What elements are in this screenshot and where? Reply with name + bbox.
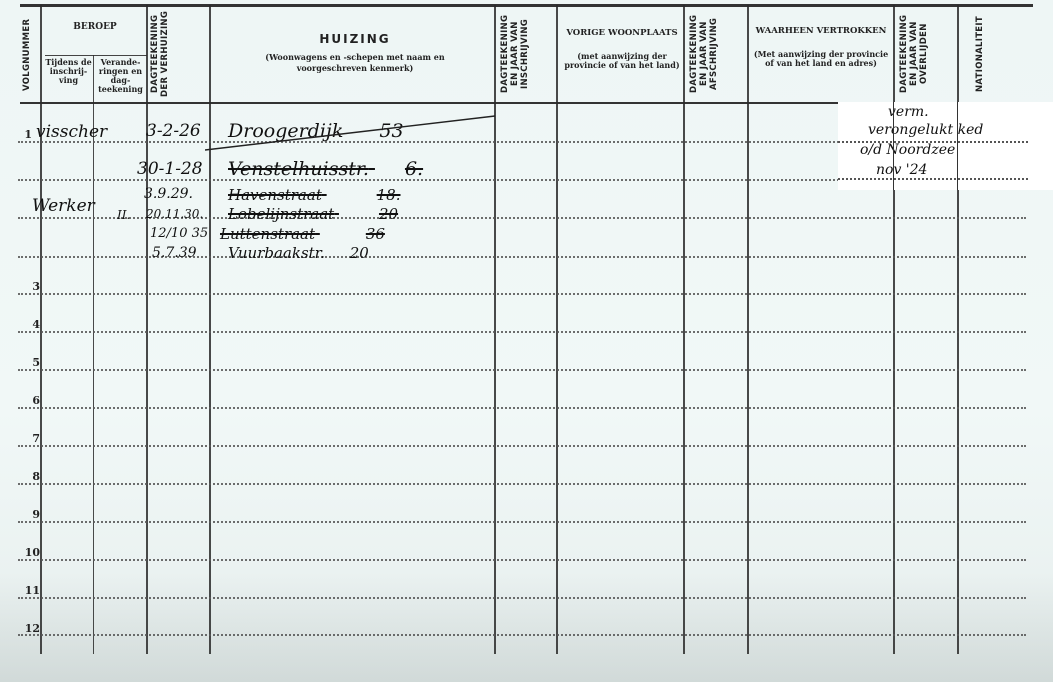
address-entry-struck: Lobelijnstraat 20	[228, 205, 398, 223]
row-number: 7	[22, 432, 40, 445]
note-line: o/d Noordzee	[860, 142, 955, 158]
address-number: 20	[379, 205, 398, 223]
row-line	[18, 445, 1026, 447]
header-huizing-subtitle: (Woonwagens en -schepen met naam en voor…	[240, 52, 470, 74]
address-number: 20	[350, 244, 369, 262]
paper-shading	[0, 572, 1053, 682]
row-line	[18, 521, 1026, 523]
beroep-entry-2: Werker	[32, 196, 95, 216]
row-number: 12	[22, 622, 40, 635]
row-number: 11	[22, 584, 40, 597]
row-line	[18, 559, 1026, 561]
header-waarheen-subtitle: (Met aanwijzing der provincie of van het…	[752, 50, 890, 68]
address-entry-struck: Havenstraat 18.	[228, 186, 401, 204]
correction-stroke	[205, 112, 505, 162]
row-line	[838, 141, 1028, 143]
beroep-entry-1: visscher	[36, 122, 107, 142]
header-dagteekening-verhuizing: DAGTEEKENING DER VERHUIZING	[150, 8, 206, 100]
column-line	[146, 5, 148, 654]
header-waarheen: WAARHEEN VERTROKKEN	[752, 26, 890, 36]
column-line	[556, 5, 558, 654]
note-line: verm.	[888, 104, 929, 120]
beroep-entry-2-marker: II.	[117, 208, 130, 222]
beroep-divider	[45, 55, 147, 56]
address-number: 36	[366, 225, 385, 243]
header-inschrijving: DAGTEEKENING EN JAAR VAN INSCHRIJVING	[500, 8, 552, 100]
header-overlijden: DAGTEEKENING EN JAAR VAN OVERLIJDEN	[899, 8, 951, 100]
header-beroep-tijdens: Tijdens de inschrij-ving	[44, 58, 93, 85]
date-entry: 20.11.30.	[146, 207, 203, 221]
row-line	[18, 634, 1026, 636]
header-volgnummer: VOLGNUMMER	[22, 10, 40, 100]
row-number: 8	[22, 470, 40, 483]
header-nationaliteit: NATIONALITEIT	[975, 8, 1005, 100]
column-line	[957, 102, 958, 190]
row-line	[18, 407, 1026, 409]
top-border	[20, 4, 1033, 7]
date-entry: 12/10 35	[150, 226, 208, 241]
column-line	[40, 5, 42, 654]
row-line	[838, 178, 1028, 180]
address-street: Lobelijnstraat	[228, 205, 334, 223]
address-street: Vuurbaakstr.	[228, 244, 325, 262]
header-beroep-veranderingen: Verande-ringen en dag-teekening	[95, 58, 146, 94]
row-number: 5	[22, 356, 40, 369]
row-number: 10	[22, 546, 40, 559]
column-line	[683, 5, 685, 654]
date-entry: 3.9.29.	[144, 186, 193, 202]
row-line	[18, 597, 1026, 599]
note-line: verongelukt ked	[868, 122, 983, 138]
pasted-note: verm. verongelukt ked o/d Noordzee nov '…	[838, 102, 1053, 190]
row-line	[18, 331, 1026, 333]
date-entry: 30-1-28	[137, 159, 203, 179]
date-entry: 5.7.39	[152, 245, 197, 261]
date-entry: 3-2-26	[146, 121, 201, 141]
column-line	[893, 102, 894, 190]
header-huizing: HUIZING	[230, 32, 480, 46]
address-street: Luttenstraat	[220, 225, 315, 243]
address-street: Havenstraat	[228, 186, 322, 204]
address-entry-struck: Luttenstraat 36	[220, 225, 385, 243]
address-entry: Vuurbaakstr. 20	[228, 244, 369, 262]
row-number: 9	[22, 508, 40, 521]
row-line	[18, 483, 1026, 485]
column-line	[93, 55, 94, 654]
row-number: 1	[14, 128, 32, 141]
header-beroep: BEROEP	[45, 22, 145, 32]
note-line: nov '24	[876, 162, 927, 178]
header-vorige-woonplaats-subtitle: (met aanwijzing der provincie of van het…	[562, 52, 682, 70]
header-vorige-woonplaats: VORIGE WOONPLAATS	[562, 28, 682, 38]
row-number: 3	[22, 280, 40, 293]
row-line	[18, 369, 1026, 371]
column-line	[209, 5, 211, 654]
column-line	[494, 5, 496, 654]
row-number: 4	[22, 318, 40, 331]
header-afschrijving: DAGTEEKENING EN JAAR VAN AFSCHRIJVING	[689, 8, 741, 100]
row-number: 6	[22, 394, 40, 407]
column-line	[747, 5, 749, 654]
row-line	[18, 293, 1026, 295]
address-number: 18.	[377, 186, 401, 204]
